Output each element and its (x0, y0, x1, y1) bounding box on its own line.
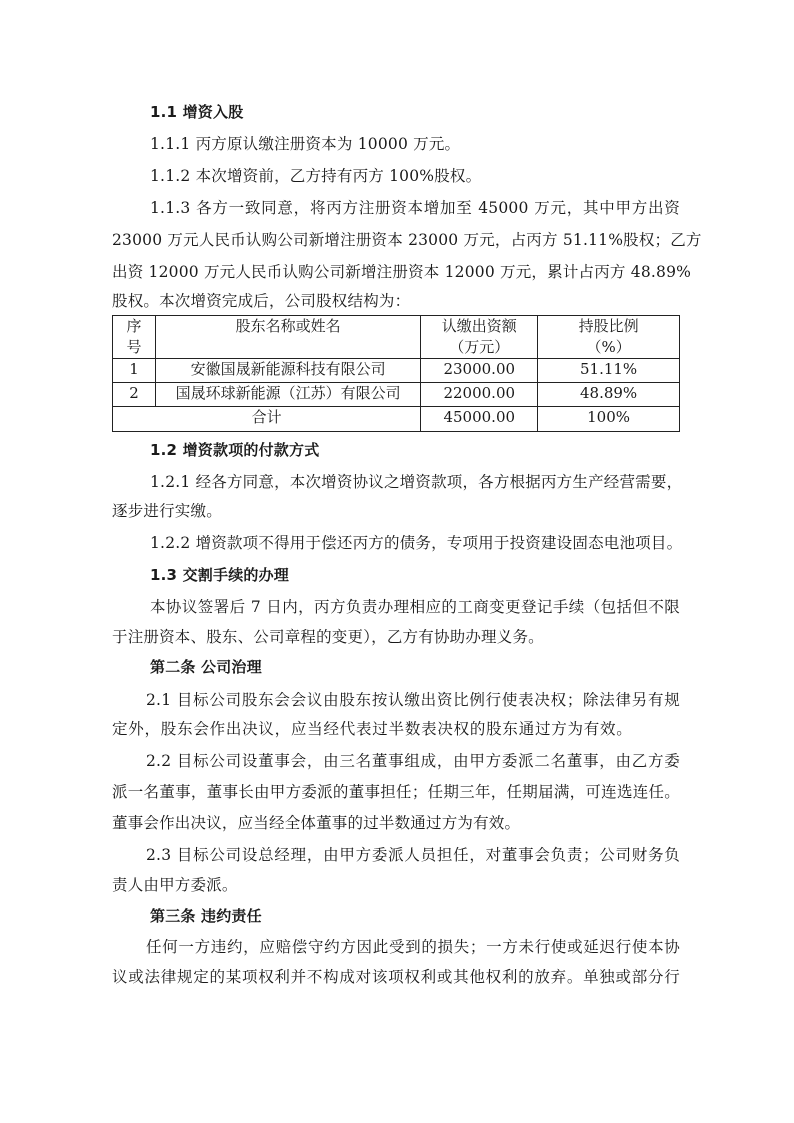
section-heading-1-1: 1.1 增资入股 (150, 102, 243, 122)
paragraph-1-2-1-line-2: 逐步进行实缴。 (112, 501, 222, 521)
row-1-ratio: 51.11% (538, 359, 680, 383)
row-1-amount: 23000.00 (421, 359, 538, 383)
paragraph-2-1-line-1: 2.1 目标公司股东会会议由股东按认缴出资比例行使表决权；除法律另有规 (146, 690, 680, 710)
table-row: 1 安徽国晟新能源科技有限公司 23000.00 51.11% (113, 359, 680, 383)
header-name: 股东名称或姓名 (155, 316, 420, 359)
table-row: 2 国晟环球新能源（江苏）有限公司 22000.00 48.89% (113, 383, 680, 407)
section-heading-1-2: 1.2 增资款项的付款方式 (150, 440, 319, 460)
header-no: 序 号 (113, 316, 156, 359)
total-label: 合计 (113, 407, 421, 432)
paragraph-1-1-2: 1.1.2 本次增资前，乙方持有丙方 100%股权。 (150, 166, 481, 186)
paragraph-2-3-line-1: 2.3 目标公司设总经理，由甲方委派人员担任，对董事会负责；公司财务负 (146, 845, 680, 865)
paragraph-3-line-1: 任何一方违约，应赔偿守约方因此受到的损失；一方未行使或延迟行使本协 (146, 937, 680, 957)
header-ratio-line2: （%） (538, 337, 679, 358)
header-no-line1: 序 (113, 316, 155, 337)
row-2-name: 国晟环球新能源（江苏）有限公司 (155, 383, 420, 407)
paragraph-1-2-2: 1.2.2 增资款项不得用于偿还丙方的债务，专项用于投资建设固态电池项目。 (150, 533, 680, 553)
paragraph-3-line-2: 议或法律规定的某项权利并不构成对该项权利或其他权利的放弃。单独或部分行 (112, 967, 680, 987)
header-amount-line1: 认缴出资额 (421, 316, 537, 337)
paragraph-2-3-line-2: 责人由甲方委派。 (112, 875, 238, 895)
paragraph-2-2-line-3: 董事会作出决议，应当经全体董事的过半数通过方为有效。 (112, 813, 520, 833)
row-1-name: 安徽国晟新能源科技有限公司 (155, 359, 420, 383)
header-ratio-line1: 持股比例 (538, 316, 679, 337)
header-name-text: 股东名称或姓名 (156, 316, 420, 337)
header-ratio: 持股比例 （%） (538, 316, 680, 359)
paragraph-1-1-3-line-2: 23000 万元人民币认购公司新增注册资本 23000 万元，占丙方 51.11… (112, 230, 680, 250)
equity-structure-table: 序 号 股东名称或姓名 认缴出资额 （万元） 持股比例 （%） 1 安徽国晟新能… (112, 315, 680, 432)
paragraph-1-3-line-2: 于注册资本、股东、公司章程的变更），乙方有协助办理义务。 (112, 627, 544, 647)
header-amount-line2: （万元） (421, 337, 537, 358)
section-heading-1-3: 1.3 交割手续的办理 (150, 565, 289, 585)
paragraph-2-2-line-1: 2.2 目标公司设董事会，由三名董事组成，由甲方委派二名董事，由乙方委 (146, 751, 680, 771)
total-ratio: 100% (538, 407, 680, 432)
header-amount: 认缴出资额 （万元） (421, 316, 538, 359)
paragraph-1-1-3-line-1: 1.1.3 各方一致同意，将丙方注册资本增加至 45000 万元，其中甲方出资 (150, 198, 680, 218)
row-2-ratio: 48.89% (538, 383, 680, 407)
article-3-heading: 第三条 违约责任 (150, 906, 262, 926)
row-2-amount: 22000.00 (421, 383, 538, 407)
paragraph-1-1-3-line-3: 出资 12000 万元人民币认购公司新增注册资本 12000 万元，累计占丙方 … (112, 262, 680, 282)
row-1-no: 1 (113, 359, 156, 383)
paragraph-1-1-1: 1.1.1 丙方原认缴注册资本为 10000 万元。 (150, 134, 460, 154)
paragraph-2-2-line-2: 派一名董事，董事长由甲方委派的董事担任；任期三年，任期届满，可连选连任。 (112, 782, 680, 802)
header-no-line2: 号 (113, 337, 155, 358)
document-page: 1.1 增资入股 1.1.1 丙方原认缴注册资本为 10000 万元。 1.1.… (0, 0, 794, 1123)
paragraph-1-1-3-line-4: 股权。本次增资完成后，公司股权结构为： (112, 291, 410, 311)
total-amount: 45000.00 (421, 407, 538, 432)
paragraph-1-3-line-1: 本协议签署后 7 日内，丙方负责办理相应的工商变更登记手续（包括但不限 (150, 597, 680, 617)
row-2-no: 2 (113, 383, 156, 407)
table-header-row: 序 号 股东名称或姓名 认缴出资额 （万元） 持股比例 （%） (113, 316, 680, 359)
paragraph-2-1-line-2: 定外，股东会作出决议，应当经代表过半数表决权的股东通过方为有效。 (112, 719, 632, 739)
paragraph-1-2-1-line-1: 1.2.1 经各方同意，本次增资协议之增资款项，各方根据丙方生产经营需要， (150, 472, 680, 492)
table-total-row: 合计 45000.00 100% (113, 407, 680, 432)
article-2-heading: 第二条 公司治理 (150, 657, 262, 677)
